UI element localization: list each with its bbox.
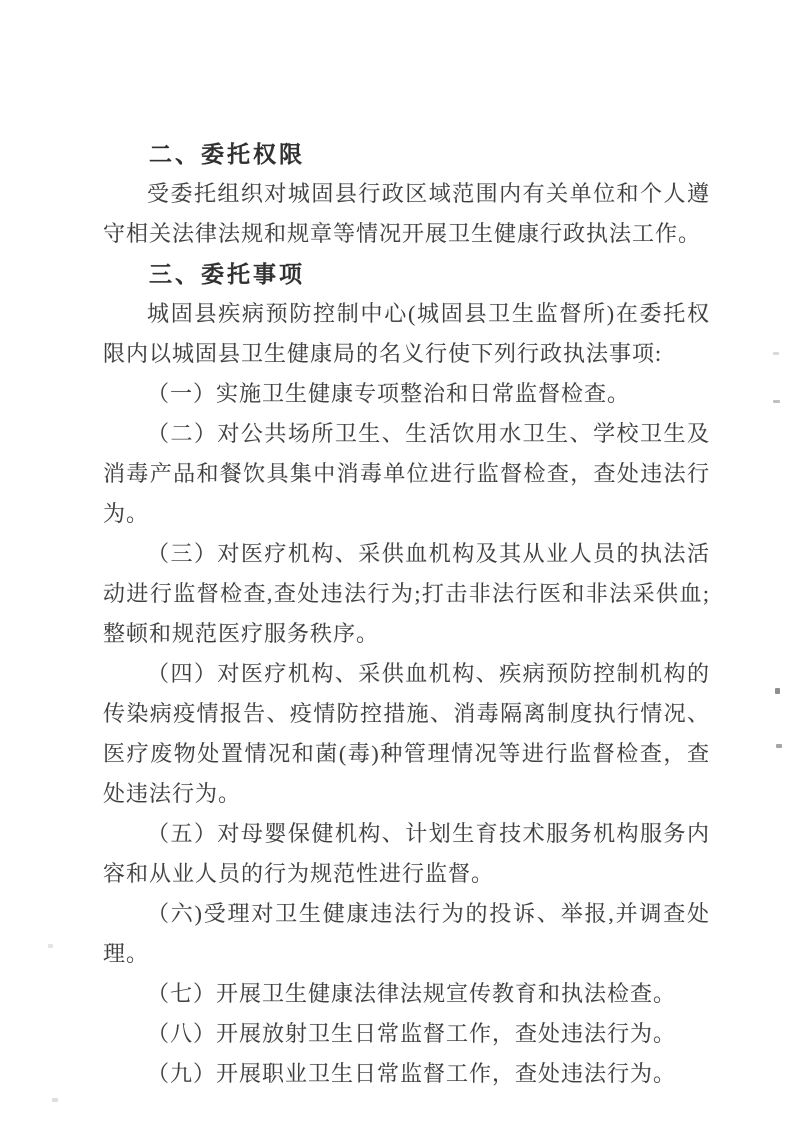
section-heading-delegation-matters: 三、委托事项 bbox=[103, 254, 710, 294]
document-body: 二、委托权限 受委托组织对城固县行政区域范围内有关单位和个人遵守相关法律法规和规… bbox=[103, 134, 710, 1094]
scan-speck bbox=[775, 688, 780, 694]
list-item-7: （七）开展卫生健康法律法规宣传教育和执法检查。 bbox=[103, 974, 710, 1014]
scan-speck bbox=[52, 1098, 58, 1102]
list-item-5: （五）对母婴保健机构、计划生育技术服务机构服务内容和从业人员的行为规范性进行监督… bbox=[103, 814, 710, 894]
scan-speck bbox=[773, 352, 779, 355]
section-heading-delegation-authority: 二、委托权限 bbox=[103, 134, 710, 174]
list-item-9: （九）开展职业卫生日常监督工作，查处违法行为。 bbox=[103, 1054, 710, 1094]
list-item-1: （一）实施卫生健康专项整治和日常监督检查。 bbox=[103, 374, 710, 414]
scan-speck bbox=[48, 944, 53, 948]
scan-speck bbox=[773, 400, 780, 403]
scanned-document-page: 二、委托权限 受委托组织对城固县行政区域范围内有关单位和个人遵守相关法律法规和规… bbox=[0, 0, 793, 1122]
list-item-3: （三）对医疗机构、采供血机构及其从业人员的执法活动进行监督检查,查处违法行为;打… bbox=[103, 534, 710, 654]
list-item-4: （四）对医疗机构、采供血机构、疾病预防控制机构的传染病疫情报告、疫情防控措施、消… bbox=[103, 654, 710, 814]
scan-speck bbox=[776, 744, 782, 748]
paragraph-delegation-authority: 受委托组织对城固县行政区域范围内有关单位和个人遵守相关法律法规和规章等情况开展卫… bbox=[103, 174, 710, 254]
paragraph-delegation-matters-intro: 城固县疾病预防控制中心(城固县卫生监督所)在委托权限内以城固县卫生健康局的名义行… bbox=[103, 294, 710, 374]
list-item-8: （八）开展放射卫生日常监督工作，查处违法行为。 bbox=[103, 1014, 710, 1054]
list-item-6: （六)受理对卫生健康违法行为的投诉、举报,并调查处理。 bbox=[103, 894, 710, 974]
list-item-2: （二）对公共场所卫生、生活饮用水卫生、学校卫生及消毒产品和餐饮具集中消毒单位进行… bbox=[103, 414, 710, 534]
